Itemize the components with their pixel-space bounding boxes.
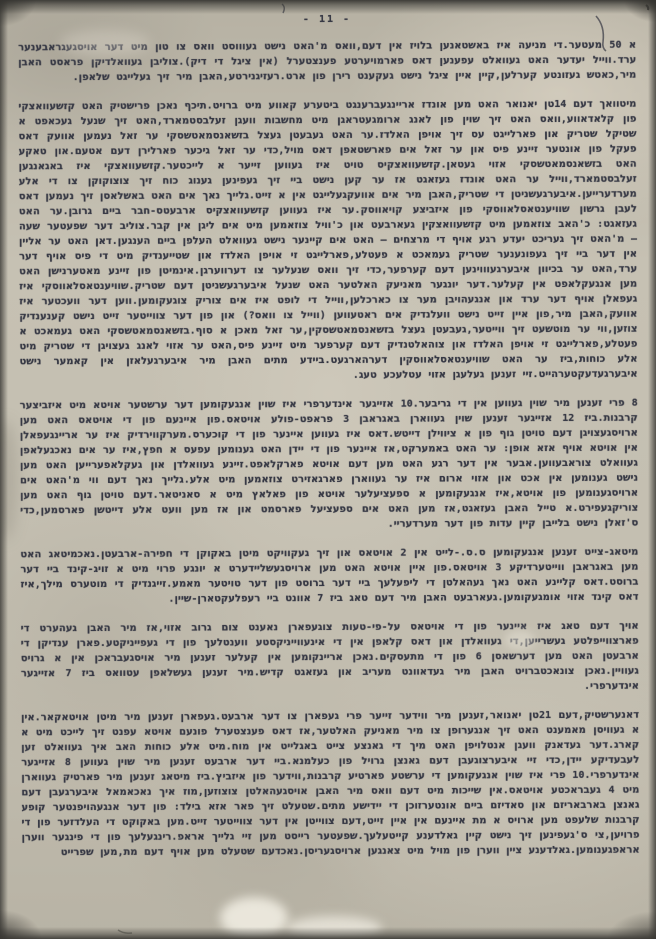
paper-stain xyxy=(220,897,288,939)
scanned-document-page: - 11 - א 50 מעטער.די מניעה איז באשטאנען … xyxy=(0,0,656,939)
paragraph-2: מיטוואך דעם 14טן יאנואר האט מען אונדז אר… xyxy=(18,97,637,385)
page-number: - 11 - xyxy=(18,11,636,29)
paper-stain xyxy=(286,916,382,939)
paper-stain xyxy=(60,30,150,56)
paragraph-5: אויך דעם טאג איז איינער פון די אויטאס על… xyxy=(21,619,639,697)
page-text: - 11 - א 50 מעטער.די מניעה איז באשטאנען … xyxy=(18,11,640,939)
paragraph-6: דאנערשטיק,דעם 21טן יאנואר,זענען מיר וויד… xyxy=(21,708,640,861)
paper-stain xyxy=(505,630,535,650)
paragraph-3: 8 פרי זענען מיר שוין געווען אין די גריבע… xyxy=(20,396,639,534)
paragraph-4: מיטאג-צייט זענען אנגעקומען ס.ס.-לייט אין… xyxy=(20,545,638,608)
